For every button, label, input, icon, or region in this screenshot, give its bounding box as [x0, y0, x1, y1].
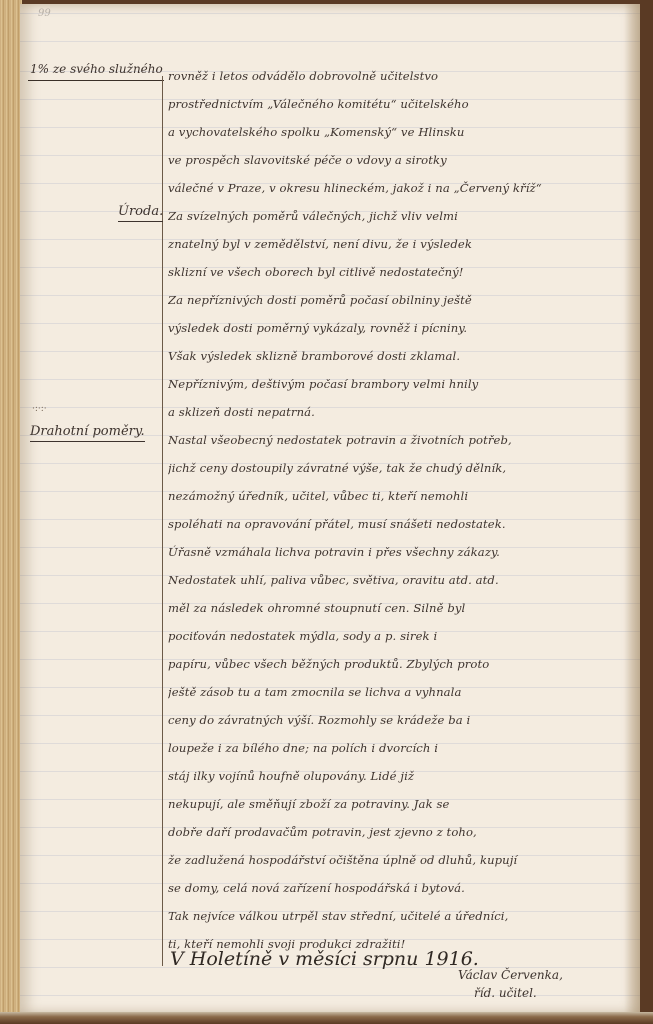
signature-title: říd. učitel. — [458, 984, 563, 1002]
text-line: a vychovatelského spolku „Komenský“ ve H… — [168, 118, 638, 146]
page-number: 99 — [38, 8, 51, 19]
signature-name: Václav Červenka, — [458, 966, 563, 984]
header-note: 1% ze svého služného — [30, 62, 163, 76]
text-line: ceny do závratných výší. Rozmohly se krá… — [168, 706, 638, 734]
text-line: Za nepříznivých dosti poměrů počasí obil… — [168, 286, 638, 314]
chronicle-page: 99 1% ze svého služného Úroda. ·:·:· Dra… — [20, 4, 640, 1014]
text-line: Tak nejvíce válkou utrpěl stav střední, … — [168, 902, 638, 930]
book-page-edges — [0, 0, 22, 1024]
book-bottom-edge — [0, 1012, 653, 1024]
margin-marks: ·:·:· — [32, 404, 47, 414]
signature-block: Václav Červenka, říd. učitel. — [458, 966, 563, 1002]
text-line: sklizní ve všech oborech byl citlivě ned… — [168, 258, 638, 286]
text-line: ještě zásob tu a tam zmocnila se lichva … — [168, 678, 638, 706]
text-line: ve prospěch slavovitské péče o vdovy a s… — [168, 146, 638, 174]
text-line: jichž ceny dostoupily závratné výše, tak… — [168, 454, 638, 482]
text-line: měl za následek ohromné stoupnutí cen. S… — [168, 594, 638, 622]
text-line: a sklizeň dosti nepatrná. — [168, 398, 638, 426]
text-line: válečné v Praze, v okresu hlineckém, jak… — [168, 174, 638, 202]
text-line: papíru, vůbec všech běžných produktů. Zb… — [168, 650, 638, 678]
text-line: se domy, celá nová zařízení hospodářská … — [168, 874, 638, 902]
text-line: stáj ilky vojínů houfně olupovány. Lidé … — [168, 762, 638, 790]
text-line: pociťován nedostatek mýdla, sody a p. si… — [168, 622, 638, 650]
text-line: loupeže i za bílého dne; na polích i dvo… — [168, 734, 638, 762]
text-line: Úřasně vzmáhala lichva potravin i přes v… — [168, 538, 638, 566]
text-line: Však výsledek sklizně bramborové dosti z… — [168, 342, 638, 370]
text-line: Nedostatek uhlí, paliva vůbec, světiva, … — [168, 566, 638, 594]
handwritten-body: rovněž i letos odvádělo dobrovolně učite… — [168, 62, 638, 958]
header-underline — [28, 80, 164, 81]
text-line: dobře daří prodavačům potravin, jest zje… — [168, 818, 638, 846]
text-line: nezámožný úředník, učitel, vůbec ti, kte… — [168, 482, 638, 510]
text-line: spoléhati na opravování přátel, musí sná… — [168, 510, 638, 538]
text-line: znatelný byl v zemědělství, není divu, ž… — [168, 230, 638, 258]
text-line: prostřednictvím „Válečného komitétu“ uči… — [168, 90, 638, 118]
margin-heading-drahotni-pomery: Drahotní poměry. — [30, 424, 145, 442]
text-line: rovněž i letos odvádělo dobrovolně učite… — [168, 62, 638, 90]
text-line: Za svízelných poměrů válečných, jichž vl… — [168, 202, 638, 230]
margin-heading-uroda: Úroda. — [118, 204, 163, 222]
text-line: Nepříznivým, deštivým počasí brambory ve… — [168, 370, 638, 398]
closing-place-date: V Holetíně v měsíci srpnu 1916. — [170, 948, 479, 970]
text-line: že zadlužená hospodářství očištěna úplně… — [168, 846, 638, 874]
text-line: výsledek dosti poměrný vykázaly, rovněž … — [168, 314, 638, 342]
text-line: Nastal všeobecný nedostatek potravin a ž… — [168, 426, 638, 454]
text-line: nekupují, ale směňují zboží za potraviny… — [168, 790, 638, 818]
